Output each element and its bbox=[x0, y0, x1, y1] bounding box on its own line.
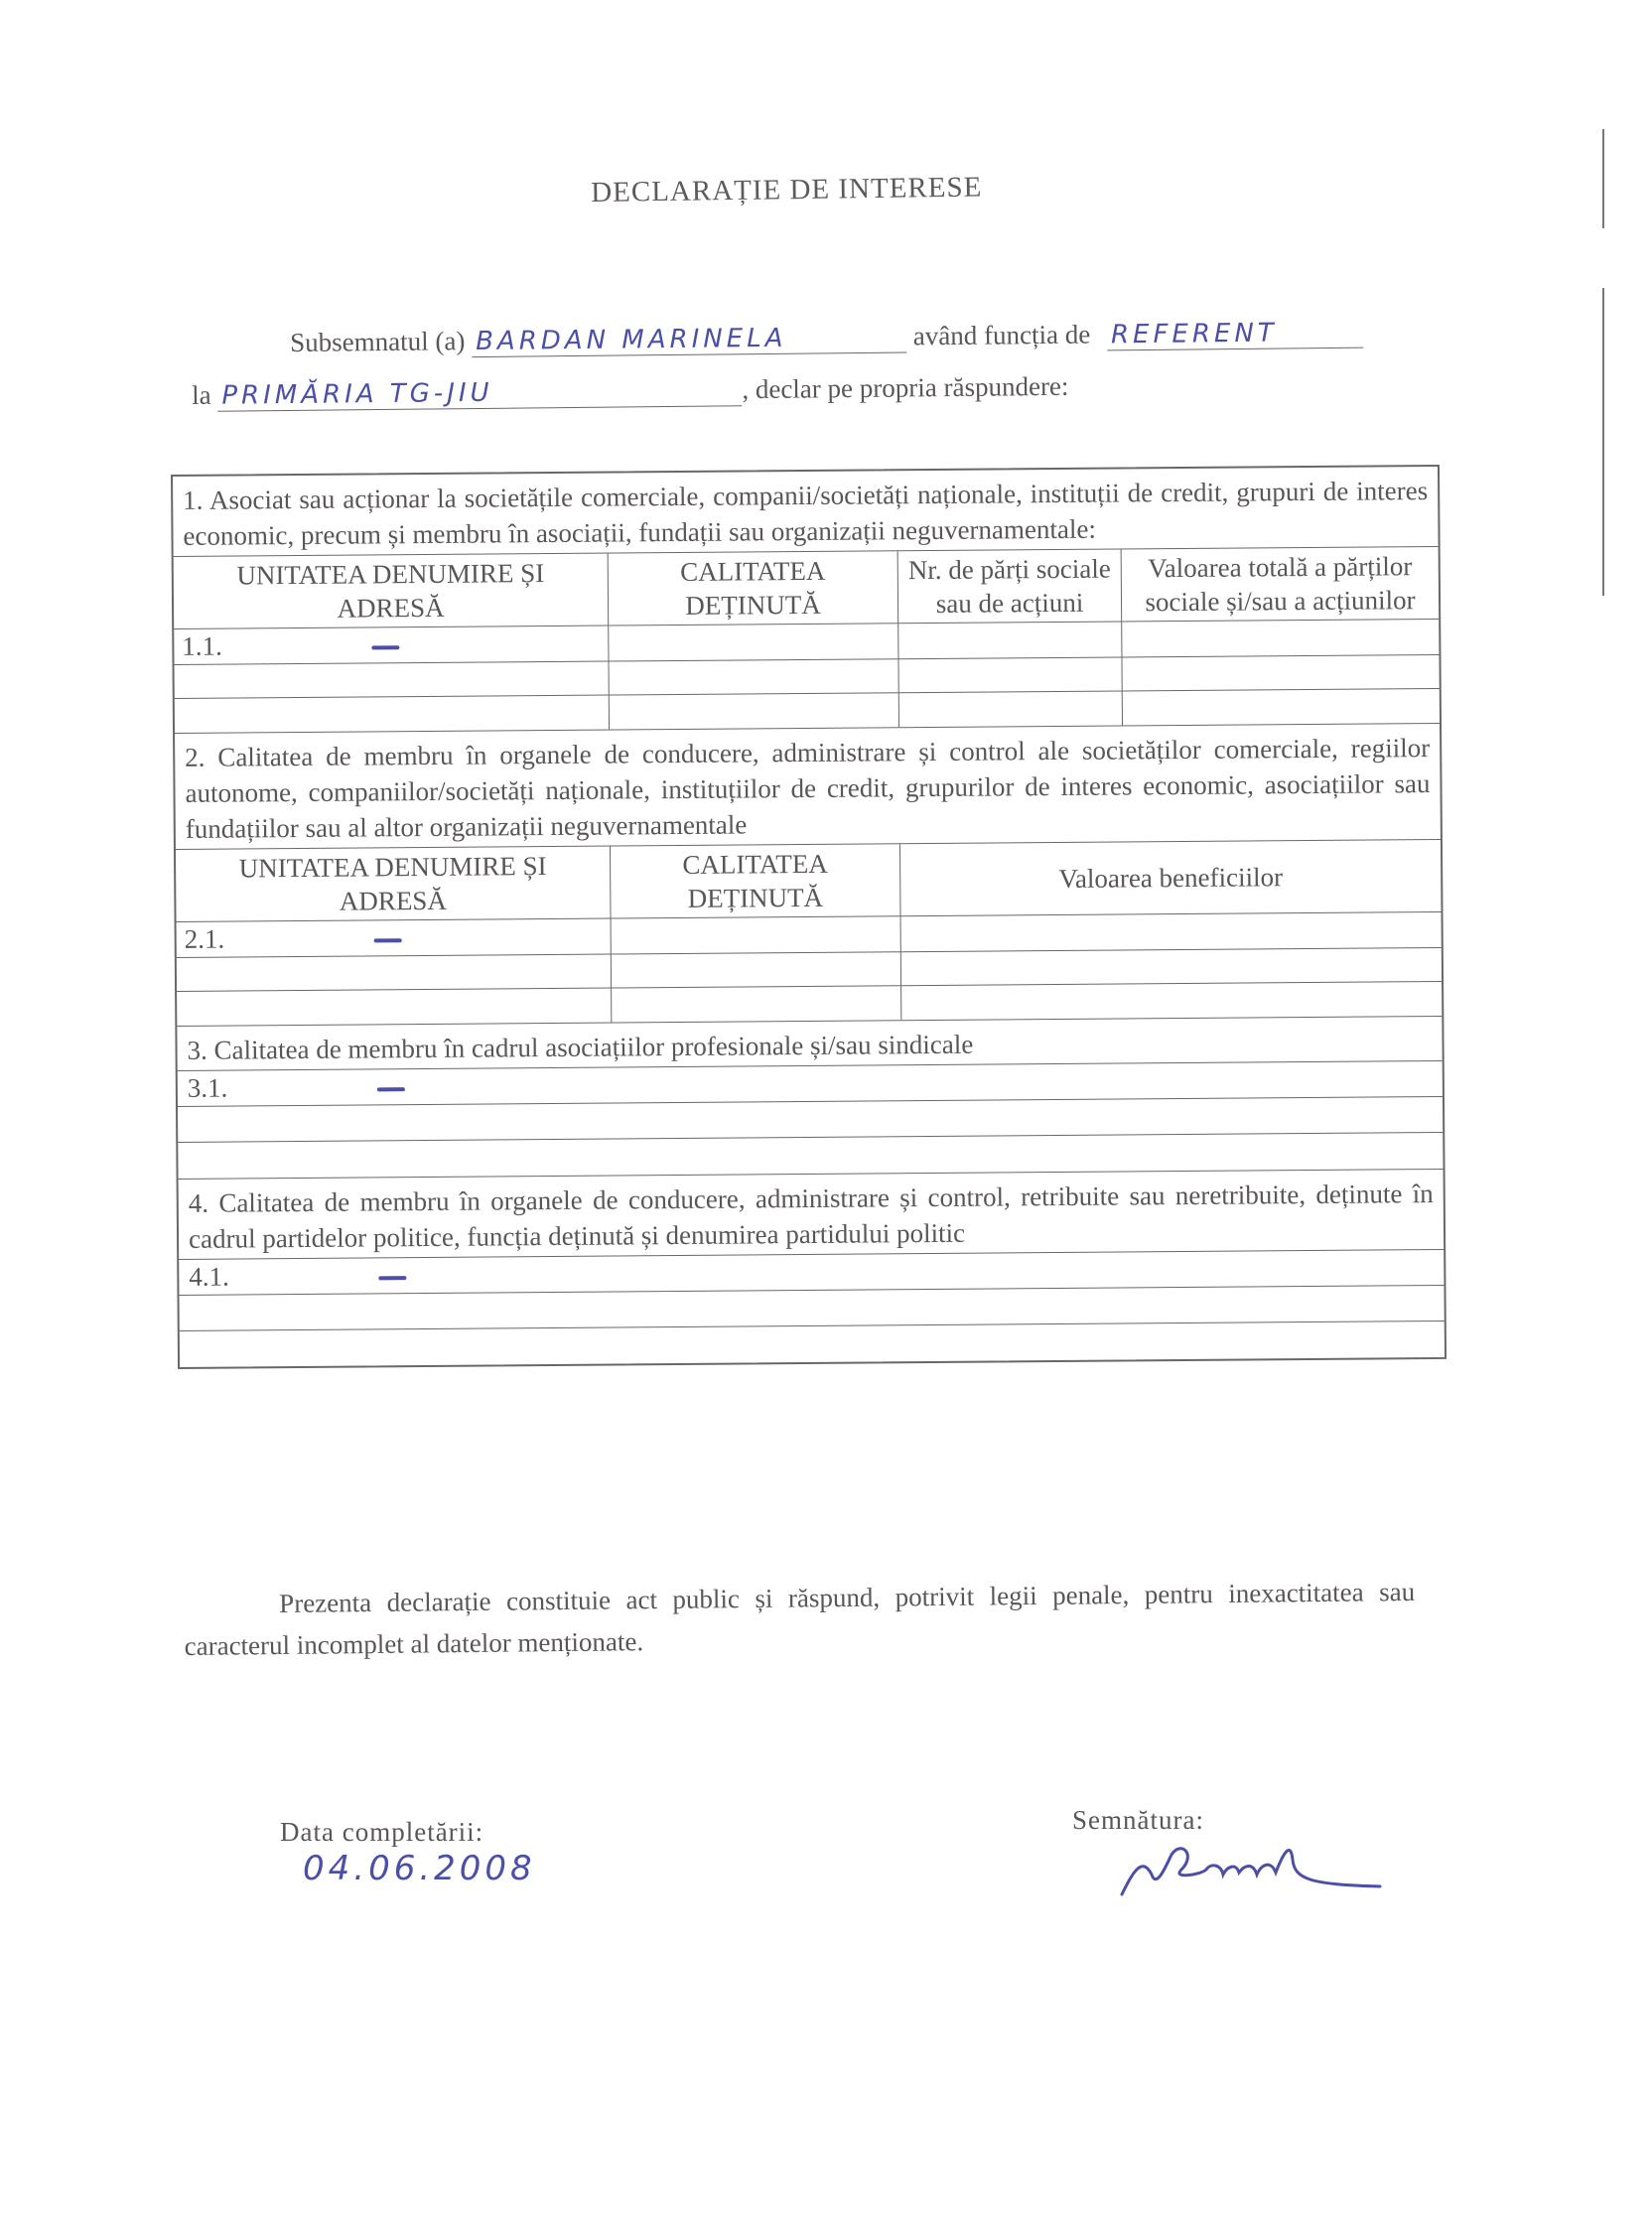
scan-edge-line bbox=[1602, 129, 1604, 228]
declaration-page: DECLARAȚIE DE INTERESE Subsemnatul (a) B… bbox=[0, 0, 1652, 2225]
dash-mark bbox=[378, 1276, 406, 1280]
signature-icon[interactable] bbox=[1112, 1835, 1390, 1904]
declaration-form-table: 1. Asociat sau acționar la societățile c… bbox=[171, 465, 1446, 1369]
function-field[interactable]: REFERENT bbox=[1107, 318, 1363, 351]
table-row-1-1-calitate[interactable] bbox=[609, 624, 898, 661]
col-calitatea: CALITATEA DEȚINUTĂ bbox=[609, 551, 899, 626]
table-row-1-3-valoare[interactable] bbox=[1123, 689, 1440, 726]
signature-label: Semnătura: bbox=[1072, 1805, 1204, 1836]
dash-mark bbox=[376, 1087, 404, 1091]
col-valoarea-beneficiilor: Valoarea beneficiilor bbox=[900, 840, 1442, 916]
table-row-2-3-valoare[interactable] bbox=[901, 982, 1442, 1020]
la-label: la bbox=[192, 380, 211, 410]
table-row-2-1-calitate[interactable] bbox=[612, 916, 901, 954]
section-2-table: UNITATEA DENUMIRE ȘI ADRESĂ CALITATEA DE… bbox=[176, 840, 1442, 1027]
table-row-1-1-nr[interactable] bbox=[898, 622, 1122, 659]
table-row-1-3-nr[interactable] bbox=[899, 691, 1123, 727]
table-row-1-2-valoare[interactable] bbox=[1122, 655, 1439, 692]
table-row-2-3-unit[interactable] bbox=[177, 989, 612, 1026]
intro-line-2: la PRIMĂRIA TG-JIU, declar pe propria ră… bbox=[192, 371, 1069, 412]
section-4-heading: 4. Calitatea de membru în organele de co… bbox=[179, 1170, 1445, 1260]
dash-mark bbox=[371, 645, 399, 649]
table-row-1-3-unit[interactable] bbox=[175, 696, 610, 733]
col-valoarea-totala: Valoarea totală a părților sociale și/sa… bbox=[1122, 547, 1440, 623]
declar-label: , declar pe propria răspundere: bbox=[742, 371, 1068, 404]
row-label: 2.1. bbox=[185, 924, 225, 954]
row-label: 3.1. bbox=[188, 1073, 228, 1103]
scan-edge-line bbox=[1602, 288, 1604, 596]
name-field[interactable]: BARDAN MARINELA bbox=[472, 322, 906, 357]
document-title: DECLARAȚIE DE INTERESE bbox=[591, 171, 983, 209]
section-1-heading: 1. Asociat sau acționar la societățile c… bbox=[173, 467, 1439, 557]
table-row-2-3-calitate[interactable] bbox=[612, 986, 901, 1022]
table-row-2-1-unit[interactable]: 2.1. bbox=[177, 919, 612, 958]
subsemnatul-label: Subsemnatul (a) bbox=[290, 326, 466, 357]
col-nr-parti: Nr. de părți sociale sau de acțiuni bbox=[898, 549, 1123, 624]
institution-field[interactable]: PRIMĂRIA TG-JIU bbox=[217, 375, 742, 412]
section-4-rows: 4.1. bbox=[179, 1250, 1445, 1367]
col-unitatea: UNITATEA DENUMIRE ȘI ADRESĂ bbox=[174, 554, 610, 629]
section-2-heading: 2. Calitatea de membru în organele de co… bbox=[175, 724, 1441, 850]
section-1-table: UNITATEA DENUMIRE ȘI ADRESĂ CALITATEA DE… bbox=[174, 547, 1440, 734]
legal-statement: Prezenta declarație constituie act publi… bbox=[184, 1571, 1416, 1667]
date-field[interactable]: 04.06.2008 bbox=[303, 1849, 536, 1888]
col-calitatea: CALITATEA DEȚINUTĂ bbox=[611, 844, 901, 918]
table-row-1-1-valoare[interactable] bbox=[1122, 620, 1439, 658]
table-row-1-2-unit[interactable] bbox=[175, 662, 610, 699]
table-row-2-2-valoare[interactable] bbox=[901, 948, 1442, 986]
table-row-2-1-valoare[interactable] bbox=[901, 912, 1442, 952]
intro-line-1: Subsemnatul (a) BARDAN MARINELA având fu… bbox=[290, 317, 1363, 359]
table-row-1-1-unit[interactable]: 1.1. bbox=[174, 626, 609, 665]
table-row-2-2-unit[interactable] bbox=[177, 955, 612, 992]
table-row-2-2-calitate[interactable] bbox=[612, 952, 901, 988]
row-label: 4.1. bbox=[189, 1262, 229, 1292]
row-label: 1.1. bbox=[182, 631, 222, 661]
function-label: având funcția de bbox=[913, 320, 1091, 351]
dash-mark bbox=[373, 938, 401, 942]
date-label: Data completării: bbox=[280, 1817, 483, 1848]
col-unitatea: UNITATEA DENUMIRE ȘI ADRESĂ bbox=[176, 847, 612, 922]
section-3-rows: 3.1. bbox=[178, 1061, 1444, 1180]
table-row-1-3-calitate[interactable] bbox=[610, 693, 899, 729]
table-row-1-2-calitate[interactable] bbox=[609, 659, 898, 695]
table-row-1-2-nr[interactable] bbox=[898, 657, 1122, 693]
